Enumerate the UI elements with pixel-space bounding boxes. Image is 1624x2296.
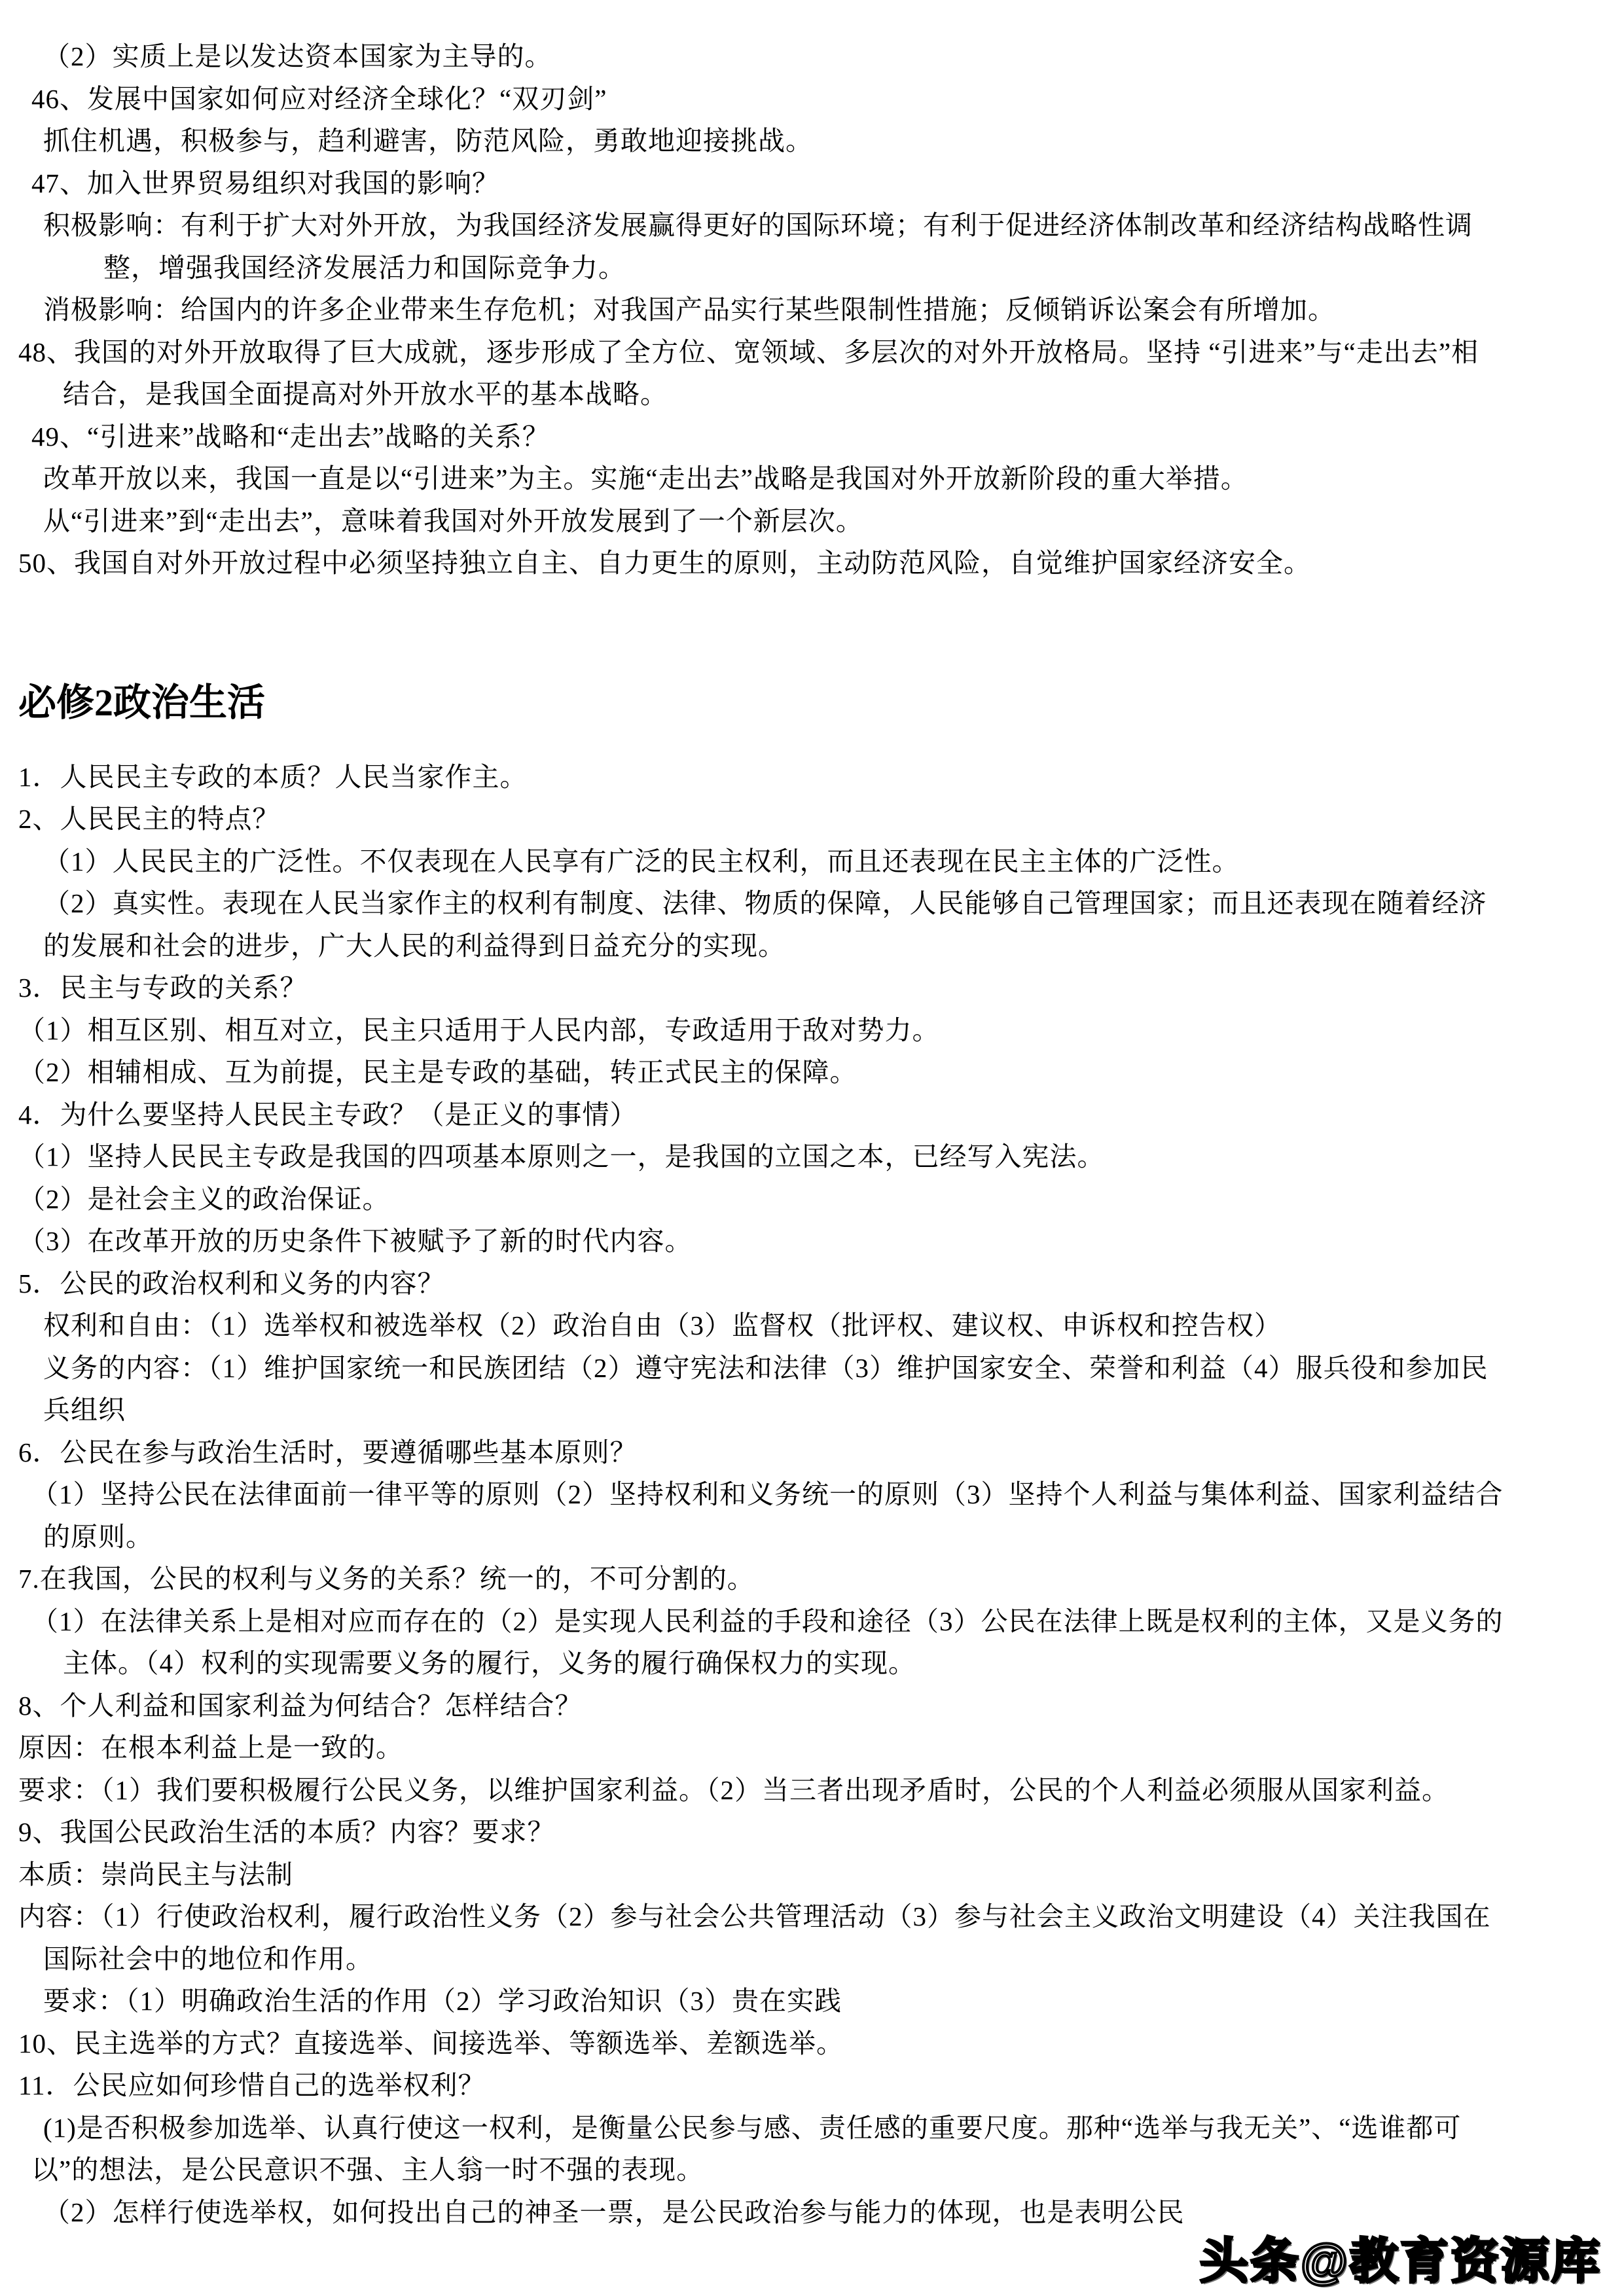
text-line: 原因：在根本利益上是一致的。 [0, 1727, 1624, 1769]
text-line: 要求：（1）我们要积极履行公民义务，以维护国家利益。（2）当三者出现矛盾时，公民… [0, 1769, 1624, 1812]
text-line: 47、加入世界贸易组织对我国的影响？ [0, 162, 1624, 205]
text-line: 6．公民在参与政治生活时，要遵循哪些基本原则？ [0, 1431, 1624, 1474]
text-line: 的发展和社会的进步，广大人民的利益得到日益充分的实现。 [0, 925, 1624, 967]
text-line: 结合，是我国全面提高对外开放水平的基本战略。 [0, 373, 1624, 416]
text-line: （1）坚持人民民主专政是我国的四项基本原则之一，是我国的立国之本，已经写入宪法。 [0, 1136, 1624, 1178]
text-line: （2）真实性。表现在人民当家作主的权利有制度、法律、物质的保障，人民能够自己管理… [0, 882, 1624, 925]
text-line: 46、发展中国家如何应对经济全球化？“双刃剑” [0, 78, 1624, 120]
text-line: 权利和自由：（1）选举权和被选举权（2）政治自由（3）监督权（批评权、建议权、申… [0, 1304, 1624, 1347]
text-line: 国际社会中的地位和作用。 [0, 1938, 1624, 1981]
text-line: 1．人民民主专政的本质？人民当家作主。 [0, 756, 1624, 798]
text-line: 50、我国自对外开放过程中必须坚持独立自主、自力更生的原则，主动防范风险，自觉维… [0, 542, 1624, 584]
text-line: 消极影响：给国内的许多企业带来生存危机；对我国产品实行某些限制性措施；反倾销诉讼… [0, 289, 1624, 331]
section-heading: 必修2政治生活 [18, 680, 1624, 726]
text-line: 积极影响：有利于扩大对外开放，为我国经济发展赢得更好的国际环境；有利于促进经济体… [0, 204, 1624, 247]
document-page: （2）实质上是以发达资本国家为主导的。46、发展中国家如何应对经济全球化？“双刃… [0, 0, 1624, 2296]
text-line: 兵组织 [0, 1389, 1624, 1431]
text-line: 从“引进来”到“走出去”，意味着我国对外开放发展到了一个新层次。 [0, 500, 1624, 543]
text-line: 8、个人利益和国家利益为何结合？怎样结合？ [0, 1685, 1624, 1727]
text-line: 11．公民应如何珍惜自己的选举权利？ [0, 2064, 1624, 2107]
text-line: 2、人民民主的特点？ [0, 798, 1624, 840]
text-line: 10、民主选举的方式？直接选举、间接选举、等额选举、差额选举。 [0, 2022, 1624, 2065]
economics-block: （2）实质上是以发达资本国家为主导的。46、发展中国家如何应对经济全球化？“双刃… [0, 0, 1624, 584]
text-line: 5．公民的政治权利和义务的内容？ [0, 1263, 1624, 1305]
text-line: 义务的内容：（1）维护国家统一和民族团结（2）遵守宪法和法律（3）维护国家安全、… [0, 1347, 1624, 1390]
text-line: 48、我国的对外开放取得了巨大成就，逐步形成了全方位、宽领域、多层次的对外开放格… [0, 331, 1624, 374]
text-line: 整，增强我国经济发展活力和国际竞争力。 [0, 247, 1624, 289]
text-line: （3）在改革开放的历史条件下被赋予了新的时代内容。 [0, 1220, 1624, 1263]
text-line: （2）是社会主义的政治保证。 [0, 1178, 1624, 1221]
text-line: (1)是否积极参加选举、认真行使这一权利，是衡量公民参与感、责任感的重要尺度。那… [0, 2107, 1624, 2149]
text-line: （1）坚持公民在法律面前一律平等的原则（2）坚持权利和义务统一的原则（3）坚持个… [0, 1473, 1624, 1516]
text-line: 4．为什么要坚持人民民主专政？（是正义的事情） [0, 1094, 1624, 1136]
text-line: （1）人民民主的广泛性。不仅表现在人民享有广泛的民主权利，而且还表现在民主主体的… [0, 840, 1624, 883]
text-line: 3．民主与专政的关系？ [0, 967, 1624, 1009]
text-line: （1）在法律关系上是相对应而存在的（2）是实现人民利益的手段和途径（3）公民在法… [0, 1600, 1624, 1643]
text-line: 7.在我国，公民的权利与义务的关系？统一的，不可分割的。 [0, 1558, 1624, 1600]
watermark: 头条@教育资源库 [1200, 2223, 1602, 2292]
text-line: 以”的想法，是公民意识不强、主人翁一时不强的表现。 [0, 2149, 1624, 2191]
text-line: 要求：（1）明确政治生活的作用（2）学习政治知识（3）贵在实践 [0, 1980, 1624, 2022]
text-line: （2）相辅相成、互为前提，民主是专政的基础，转正式民主的保障。 [0, 1051, 1624, 1094]
text-line: 抓住机遇，积极参与，趋利避害，防范风险，勇敢地迎接挑战。 [0, 120, 1624, 162]
text-line: （1）相互区别、相互对立，民主只适用于人民内部，专政适用于敌对势力。 [0, 1009, 1624, 1052]
text-line: 49、“引进来”战略和“走出去”战略的关系？ [0, 416, 1624, 458]
politics-block: 1．人民民主专政的本质？人民当家作主。2、人民民主的特点？（1）人民民主的广泛性… [0, 756, 1624, 2234]
text-line: （2）实质上是以发达资本国家为主导的。 [0, 35, 1624, 78]
text-line: 改革开放以来，我国一直是以“引进来”为主。实施“走出去”战略是我国对外开放新阶段… [0, 457, 1624, 500]
text-line: 主体。（4）权利的实现需要义务的履行，义务的履行确保权力的实现。 [0, 1642, 1624, 1685]
text-line: 内容：（1）行使政治权利，履行政治性义务（2）参与社会公共管理活动（3）参与社会… [0, 1895, 1624, 1938]
text-line: 9、我国公民政治生活的本质？内容？要求？ [0, 1811, 1624, 1854]
text-line: 的原则。 [0, 1516, 1624, 1558]
text-line: 本质：崇尚民主与法制 [0, 1854, 1624, 1896]
